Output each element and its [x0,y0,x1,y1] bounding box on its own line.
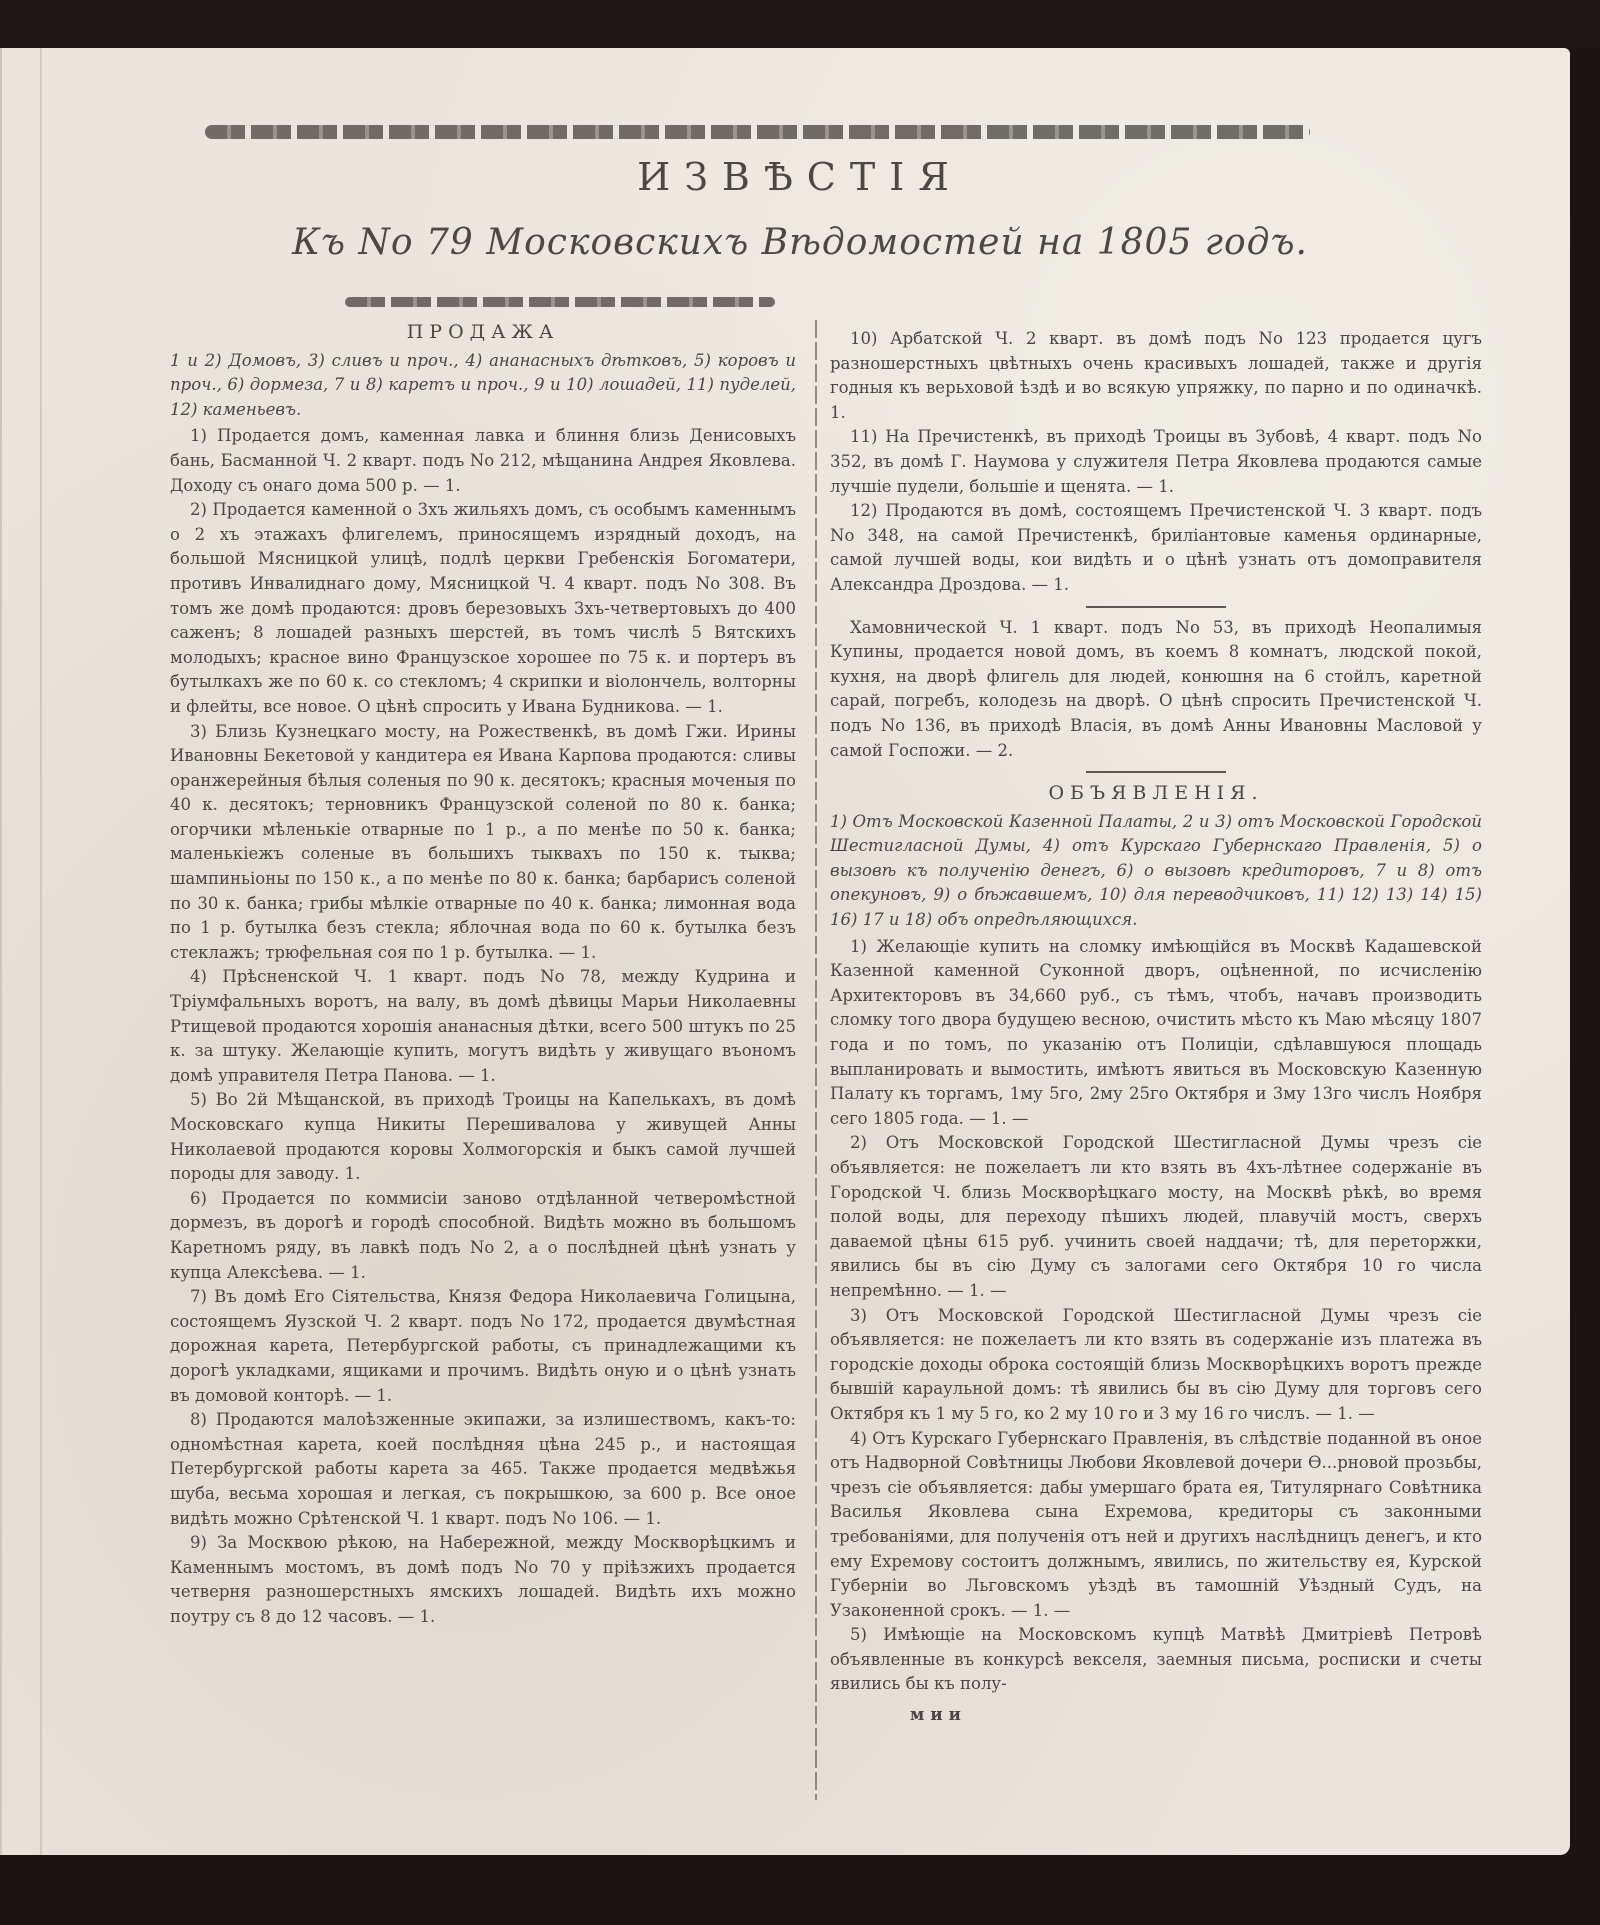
sale-item: 2) Продается каменной о 3хъ жильяхъ домъ… [170,498,796,719]
section-title-sale: ПРОДАЖА [170,320,796,345]
notice-item: 2) Отъ Московской Городской Шестигласной… [830,1131,1482,1303]
catchword: мии [830,1703,1482,1728]
left-column: ПРОДАЖА 1 и 2) Домовъ, 3) сливъ и проч.,… [170,320,796,1629]
notice-item: 3) Отъ Московской Городской Шестигласной… [830,1304,1482,1427]
sale-item: 1) Продается домъ, каменная лавка и блин… [170,424,796,498]
ornamental-rule-top [205,125,1310,139]
notice-item: 4) Отъ Курскаго Губернскаго Правленія, в… [830,1427,1482,1624]
short-rule [1086,606,1226,608]
column-divider [815,320,817,1800]
sale-item: 7) Въ домѣ Его Сіятельства, Князя Федора… [170,1285,796,1408]
masthead-title: ИЗВѢСТІЯ [0,155,1600,199]
page-fold-line [40,48,42,1855]
scan-background-top [0,0,1600,48]
ornamental-rule-bottom [345,297,775,307]
notice-item: 5) Имѣющіе на Московскомъ купцѣ Матвѣѣ Д… [830,1623,1482,1697]
sale-item: 4) Прѣсненской Ч. 1 кварт. подъ No 78, м… [170,965,796,1088]
announcements-summary: 1) Отъ Московской Казенной Палаты, 2 и 3… [830,810,1482,933]
short-rule [1086,771,1226,773]
sale-item: 6) Продается по коммисіи заново отдѣланн… [170,1187,796,1285]
sale-item: 12) Продаются въ домѣ, состоящемъ Пречис… [830,499,1482,597]
right-column: 10) Арбатской Ч. 2 кварт. въ домѣ подъ N… [830,327,1482,1744]
sale-item: 8) Продаются малоѣзженные экипажи, за из… [170,1408,796,1531]
sale-item: 10) Арбатской Ч. 2 кварт. въ домѣ подъ N… [830,327,1482,425]
section-title-announcements: ОБЪЯВЛЕНІЯ. [830,781,1482,806]
sale-summary: 1 и 2) Домовъ, 3) сливъ и проч., 4) анан… [170,349,796,423]
masthead-subtitle: Къ No 79 Московскихъ Вѣдомостей на 1805 … [0,222,1600,263]
supplement-item: Хамовнической Ч. 1 кварт. подъ No 53, въ… [830,616,1482,764]
notice-item: 1) Желающіе купить на сломку имѣющійся в… [830,935,1482,1132]
sale-item: 9) За Москвою рѣкою, на Набережной, межд… [170,1531,796,1629]
sale-item: 11) На Пречистенкѣ, въ приходѣ Троицы въ… [830,425,1482,499]
sale-item: 3) Близь Кузнецкаго мосту, на Рожественк… [170,720,796,966]
sale-item: 5) Во 2й Мѣщанской, въ приходѣ Троицы на… [170,1088,796,1186]
